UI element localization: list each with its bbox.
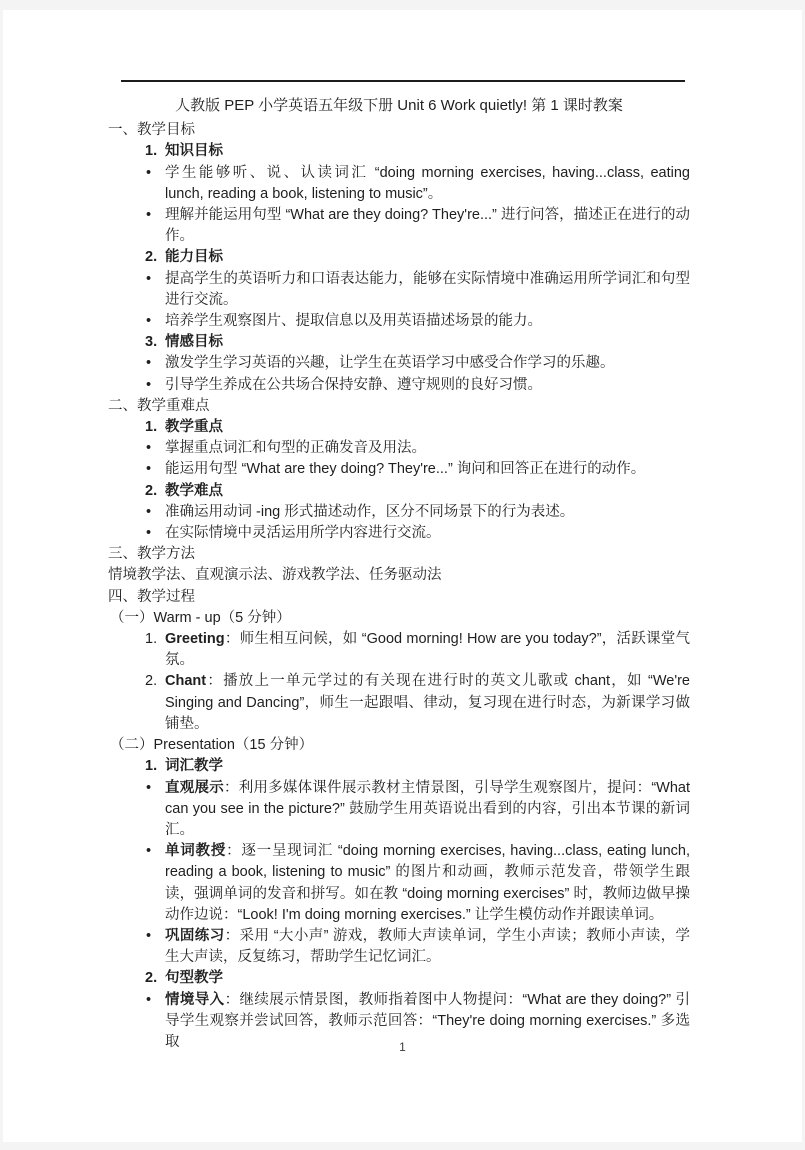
- subsection-heading: （二）Presentation（15 分钟）: [108, 735, 690, 756]
- subsection-heading: （一）Warm - up（5 分钟）: [108, 608, 690, 629]
- list-number: 2.: [145, 968, 157, 989]
- bullet-item: •单词教授：逐一呈现词汇 “doing morning exercises, h…: [108, 841, 690, 926]
- emphasis-text: 能力目标: [165, 249, 223, 265]
- text-run: 培养学生观察图片、提取信息以及用英语描述场景的能力。: [165, 313, 542, 329]
- paragraph: 情境教学法、直观演示法、游戏教学法、任务驱动法: [108, 565, 690, 586]
- bullet-marker: •: [146, 269, 151, 290]
- emphasis-text: 单词教授: [165, 843, 226, 859]
- bullet-item: •培养学生观察图片、提取信息以及用英语描述场景的能力。: [108, 311, 690, 332]
- text-run: ：利用多媒体课件展示教材主情景图，引导学生观察图片，提问：“What can y…: [165, 780, 690, 838]
- emphasis-text: 教学难点: [165, 483, 223, 499]
- text-run: ：师生相互问候，如 “Good morning! How are you tod…: [165, 631, 690, 668]
- bullet-marker: •: [146, 311, 151, 332]
- numbered-item: 2.Chant：播放上一单元学过的有关现在进行时的英文儿歌或 chant，如 “…: [108, 671, 690, 735]
- text-run: 能运用句型 “What are they doing? They're...” …: [165, 461, 645, 477]
- page-number: 1: [3, 1040, 802, 1054]
- document-title: 人教版 PEP 小学英语五年级下册 Unit 6 Work quietly! 第…: [108, 95, 690, 116]
- bullet-item: •理解并能运用句型 “What are they doing? They're.…: [108, 205, 690, 247]
- numbered-item: 1.知识目标: [108, 141, 690, 162]
- text-run: ：采用 “大小声” 游戏，教师大声读单词，学生小声读；教师小声读，学生大声读，反…: [165, 928, 690, 965]
- text-run: 引导学生养成在公共场合保持安静、遵守规则的良好习惯。: [165, 377, 542, 393]
- emphasis-text: 情境导入: [165, 992, 225, 1008]
- bullet-item: •激发学生学习英语的兴趣，让学生在英语学习中感受合作学习的乐趣。: [108, 353, 690, 374]
- numbered-item: 2.能力目标: [108, 247, 690, 268]
- doc-blocks: 一、教学目标1.知识目标•学生能够听、说、认读词汇 “doing morning…: [108, 120, 690, 1053]
- numbered-item: 1.教学重点: [108, 417, 690, 438]
- numbered-item: 2.教学难点: [108, 481, 690, 502]
- bullet-marker: •: [146, 459, 151, 480]
- emphasis-text: 直观展示: [165, 780, 224, 796]
- text-run: 激发学生学习英语的兴趣，让学生在英语学习中感受合作学习的乐趣。: [165, 355, 615, 371]
- bullet-item: •学生能够听、说、认读词汇 “doing morning exercises, …: [108, 163, 690, 205]
- bullet-marker: •: [146, 841, 151, 862]
- list-number: 2.: [145, 247, 157, 268]
- list-number: 1.: [145, 141, 157, 162]
- section-heading: 四、教学过程: [108, 587, 690, 608]
- bullet-marker: •: [146, 353, 151, 374]
- bullet-marker: •: [146, 163, 151, 184]
- list-number: 1.: [145, 629, 157, 650]
- text-run: 掌握重点词汇和句型的正确发音及用法。: [165, 440, 426, 456]
- list-number: 1.: [145, 756, 157, 777]
- emphasis-text: 词汇教学: [165, 758, 223, 774]
- bullet-marker: •: [146, 205, 151, 226]
- text-run: 一、教学目标: [108, 122, 195, 138]
- bullet-marker: •: [146, 438, 151, 459]
- text-run: ：逐一呈现词汇 “doing morning exercises, having…: [165, 843, 690, 923]
- text-run: （一）Warm - up（5 分钟）: [110, 610, 291, 626]
- emphasis-text: 知识目标: [165, 143, 223, 159]
- bullet-item: •巩固练习：采用 “大小声” 游戏，教师大声读单词，学生小声读；教师小声读，学生…: [108, 926, 690, 968]
- text-run: 情境教学法、直观演示法、游戏教学法、任务驱动法: [108, 567, 442, 583]
- list-number: 1.: [145, 417, 157, 438]
- bullet-marker: •: [146, 375, 151, 396]
- bullet-item: •掌握重点词汇和句型的正确发音及用法。: [108, 438, 690, 459]
- text-run: 在实际情境中灵活运用所学内容进行交流。: [165, 525, 441, 541]
- bullet-marker: •: [146, 926, 151, 947]
- numbered-item: 3.情感目标: [108, 332, 690, 353]
- section-heading: 二、教学重难点: [108, 396, 690, 417]
- text-run: ：播放上一单元学过的有关现在进行时的英文儿歌或 chant，如 “We're S…: [165, 673, 690, 731]
- document-body: 人教版 PEP 小学英语五年级下册 Unit 6 Work quietly! 第…: [108, 95, 690, 1053]
- numbered-item: 1.词汇教学: [108, 756, 690, 777]
- emphasis-text: 句型教学: [165, 970, 223, 986]
- text-run: 二、教学重难点: [108, 398, 210, 414]
- list-number: 2.: [145, 671, 157, 692]
- text-run: 三、教学方法: [108, 546, 195, 562]
- list-number: 3.: [145, 332, 157, 353]
- bullet-item: •准确运用动词 -ing 形式描述动作，区分不同场景下的行为表述。: [108, 502, 690, 523]
- section-heading: 三、教学方法: [108, 544, 690, 565]
- text-run: 准确运用动词 -ing 形式描述动作，区分不同场景下的行为表述。: [165, 504, 574, 520]
- bullet-marker: •: [146, 778, 151, 799]
- header-divider-line: [121, 80, 685, 82]
- bullet-marker: •: [146, 523, 151, 544]
- text-run: 四、教学过程: [108, 589, 195, 605]
- emphasis-text: Greeting: [165, 631, 225, 647]
- document-viewer: 人教版 PEP 小学英语五年级下册 Unit 6 Work quietly! 第…: [0, 0, 805, 1150]
- text-run: （二）Presentation（15 分钟）: [110, 737, 313, 753]
- list-number: 2.: [145, 481, 157, 502]
- bullet-marker: •: [146, 502, 151, 523]
- document-page: 人教版 PEP 小学英语五年级下册 Unit 6 Work quietly! 第…: [3, 10, 802, 1142]
- bullet-item: •直观展示：利用多媒体课件展示教材主情景图，引导学生观察图片，提问：“What …: [108, 778, 690, 842]
- emphasis-text: 巩固练习: [165, 928, 225, 944]
- emphasis-text: Chant: [165, 673, 206, 689]
- text-run: 学生能够听、说、认读词汇 “doing morning exercises, h…: [165, 165, 690, 202]
- bullet-item: •能运用句型 “What are they doing? They're...”…: [108, 459, 690, 480]
- numbered-item: 1.Greeting：师生相互问候，如 “Good morning! How a…: [108, 629, 690, 671]
- emphasis-text: 教学重点: [165, 419, 223, 435]
- bullet-item: •提高学生的英语听力和口语表达能力，能够在实际情境中准确运用所学词汇和句型进行交…: [108, 269, 690, 311]
- section-heading: 一、教学目标: [108, 120, 690, 141]
- bullet-item: •引导学生养成在公共场合保持安静、遵守规则的良好习惯。: [108, 375, 690, 396]
- bullet-marker: •: [146, 990, 151, 1011]
- text-run: 提高学生的英语听力和口语表达能力，能够在实际情境中准确运用所学词汇和句型进行交流…: [165, 271, 690, 308]
- bullet-item: •在实际情境中灵活运用所学内容进行交流。: [108, 523, 690, 544]
- text-run: 理解并能运用句型 “What are they doing? They're..…: [165, 207, 690, 244]
- emphasis-text: 情感目标: [165, 334, 223, 350]
- numbered-item: 2.句型教学: [108, 968, 690, 989]
